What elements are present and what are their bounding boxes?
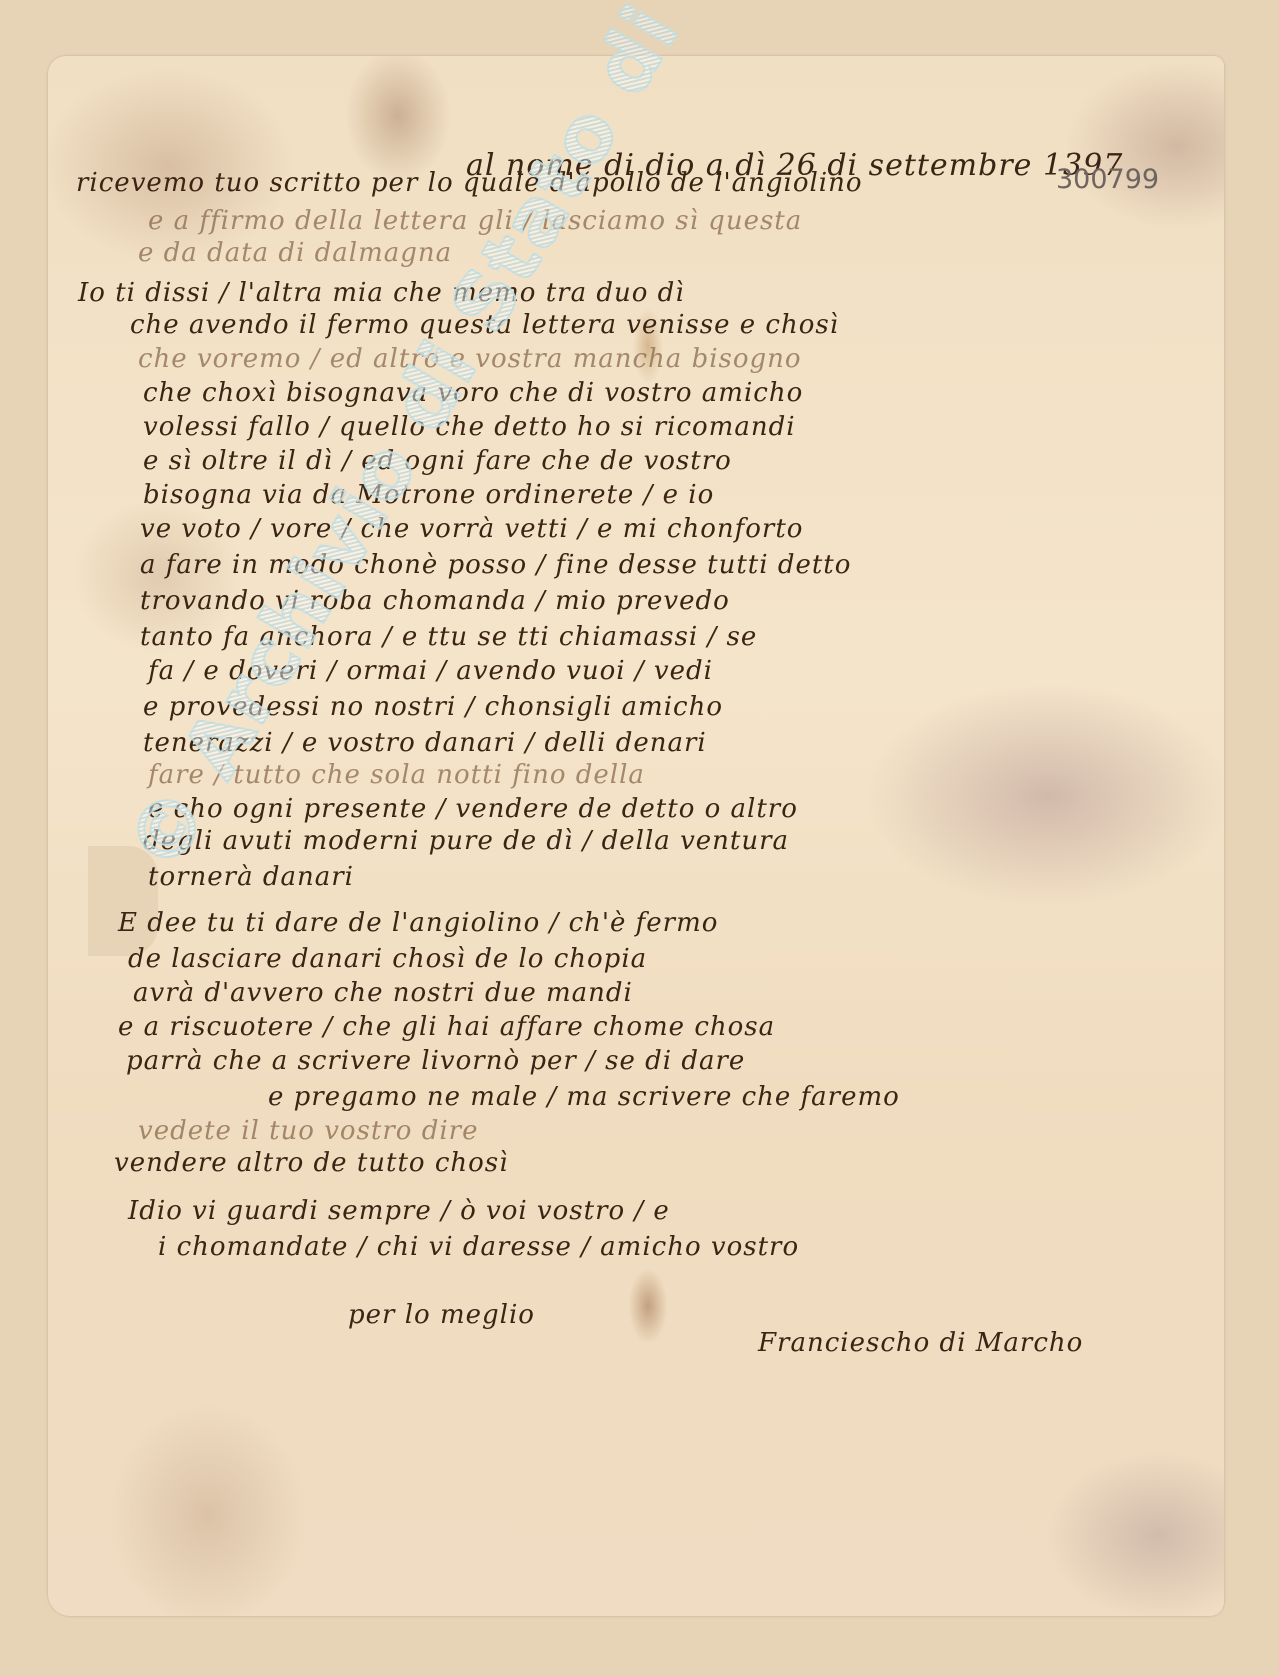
text-line: per lo meglio (348, 1300, 535, 1330)
text-line: bisogna via da Motrone ordinerete / e io (143, 480, 714, 510)
text-line: a fare in modo chonè posso / fine desse … (140, 550, 851, 580)
text-line: i chomandate / chi vi daresse / amicho v… (158, 1232, 799, 1262)
manuscript-page: al nome di dio a dì 26 di settembre 1397… (48, 56, 1224, 1616)
text-line: e a riscuotere / che gli hai affare chom… (118, 1012, 775, 1042)
text-line: degli avuti moderni pure de dì / della v… (143, 826, 789, 856)
text-line: avrà d'avvero che nostri due mandi (133, 978, 633, 1008)
text-line: E dee tu ti dare de l'angiolino / ch'è f… (118, 908, 718, 938)
text-line: de lasciare danari chosì de lo chopia (128, 944, 647, 974)
text-line: ricevemo tuo scritto per lo quale d'apol… (76, 168, 863, 198)
archive-number: 300799 (1056, 164, 1159, 195)
text-line: e pregamo ne male / ma scrivere che fare… (268, 1082, 900, 1112)
text-line: e da data di dalmagna (138, 238, 452, 268)
text-line: vedete il tuo vostro dire (138, 1116, 478, 1146)
text-line: Idio vi guardi sempre / ò voi vostro / e (128, 1196, 670, 1226)
text-line: parrà che a scrivere livornò per / se di… (126, 1046, 745, 1076)
text-line: vendere altro de tutto chosì (114, 1148, 508, 1178)
text-line: trovando vi roba chomanda / mio prevedo (140, 586, 730, 616)
text-line: Io ti dissi / l'altra mia che memo tra d… (78, 278, 685, 308)
signature: Franciescho di Marcho (758, 1328, 1083, 1358)
text-line: e cho ogni presente / vendere de detto o… (148, 794, 798, 824)
text-line: ve voto / vore / che vorrà vetti / e mi … (140, 514, 803, 544)
